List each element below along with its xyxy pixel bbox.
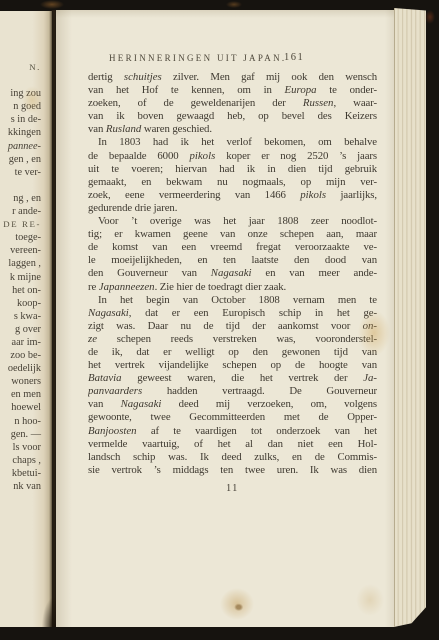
text-segment: . Zie hier de toedragt dier zaak. bbox=[155, 281, 287, 293]
text-line: de bepaalde 6000 pikols koper er nog 252… bbox=[88, 150, 377, 163]
text-segment: gemaakt, en bekwam nu nogmaals, op mijn … bbox=[88, 176, 377, 188]
text-segment: schepen reeds verstreken was, vooronders… bbox=[97, 333, 377, 345]
facing-text-fragment: gen. — bbox=[0, 428, 41, 441]
facing-text-fragment: N. bbox=[0, 61, 41, 74]
facing-page-fragments: N. ing zoun goeds in de-kkingenpannee-ge… bbox=[0, 61, 41, 493]
signature-mark: 11 bbox=[88, 483, 377, 494]
text-segment: zoek, eene vermeerdering van 1466 bbox=[88, 189, 300, 201]
italic-text: Europa bbox=[285, 84, 317, 96]
text-segment: , waar- bbox=[333, 97, 377, 109]
text-segment: tig; er kwamen geene van onze schepen aa… bbox=[88, 228, 377, 240]
stain bbox=[40, 0, 64, 9]
facing-text-fragment: k mijne bbox=[0, 271, 41, 284]
text-line: re Japanneezen. Zie hier de toedragt die… bbox=[88, 281, 377, 294]
text-line: landsch schip was. Ik deed zulks, en de … bbox=[88, 451, 377, 464]
text-line: In het begin van October 1808 vernam men… bbox=[88, 294, 377, 307]
text-line: gewoonte, twee Gecommitteerden met de Op… bbox=[88, 411, 377, 424]
text-line: ze schepen reeds verstreken was, voorond… bbox=[88, 333, 377, 346]
text-segment: uit te voeren; hiervan had ik in dien ti… bbox=[88, 163, 377, 175]
text-line: de komst van een vreemd fregat veroorzaa… bbox=[88, 241, 377, 254]
text-segment: van het Hof te kennen, om in bbox=[88, 84, 285, 96]
text-line: van Rusland waren geschied. bbox=[88, 123, 377, 136]
book-scan: N. ing zoun goeds in de-kkingenpannee-ge… bbox=[0, 0, 439, 640]
text-line: zoek, eene vermeerdering van 1466 pikols… bbox=[88, 189, 377, 202]
text-line: het vertrek vijandelijke schepen op de h… bbox=[88, 359, 377, 372]
facing-text-fragment: ng , en bbox=[0, 192, 41, 205]
facing-text-fragment: s kwa- bbox=[0, 310, 41, 323]
facing-text-fragment: hoewel bbox=[0, 401, 41, 414]
facing-text-fragment: gen , en bbox=[0, 153, 41, 166]
italic-text: Rusland bbox=[106, 123, 141, 135]
facing-text-fragment: koop- bbox=[0, 297, 41, 310]
facing-text-fragment: te ver- bbox=[0, 166, 41, 179]
text-segment: zilver. Men gaf mij ook den wensch bbox=[162, 71, 377, 83]
facing-text-fragment: r ande- bbox=[0, 205, 41, 218]
text-line: uit te voeren; hiervan had ik in dien ti… bbox=[88, 163, 377, 176]
facing-page-edge: N. ing zoun goeds in de-kkingenpannee-ge… bbox=[0, 11, 52, 627]
text-segment: le moeijelijkheden, en ten laatste den d… bbox=[88, 254, 377, 266]
facing-text-fragment: vereen- bbox=[0, 244, 41, 257]
text-line: gemaakt, en bekwam nu nogmaals, op mijn … bbox=[88, 176, 377, 189]
facing-text-fragment: ing zou bbox=[0, 87, 41, 100]
facing-text-fragment: n hoo- bbox=[0, 415, 41, 428]
facing-text-fragment: pannee- bbox=[0, 140, 41, 153]
text-line: zigt was. Daar nu de tijd der aankomst v… bbox=[88, 320, 377, 333]
italic-text: Nagasaki bbox=[88, 307, 129, 319]
text-line: tig; er kwamen geene van onze schepen aa… bbox=[88, 228, 377, 241]
italic-text: Batavia bbox=[88, 372, 122, 384]
italic-text: Nagasaki bbox=[121, 398, 162, 410]
text-segment: sie vertrok ’s middags ten twee uren. Ik… bbox=[88, 464, 377, 476]
italic-text: panvaarders bbox=[88, 385, 142, 397]
text-line: den Gouverneur van Nagasaki en van meer … bbox=[88, 267, 377, 280]
italic-text: Banjoosten bbox=[88, 425, 137, 437]
text-segment: landsch schip was. Ik deed zulks, en de … bbox=[88, 451, 377, 463]
text-line: van Nagasaki deed mij verzoeken, om, vol… bbox=[88, 398, 377, 411]
italic-text: ze bbox=[88, 333, 97, 345]
text-segment: af te vaardigen tot onderzoek van het bbox=[137, 425, 377, 437]
text-line: dertig schuitjes zilver. Men gaf mij ook… bbox=[88, 71, 377, 84]
text-segment: gedurende drie jaren. bbox=[88, 202, 177, 214]
text-segment: gewoonte, twee Gecommitteerden met de Op… bbox=[88, 411, 377, 423]
text-line: Nagasaki, dat er een Europisch schip in … bbox=[88, 307, 377, 320]
stain bbox=[226, 1, 242, 8]
text-segment: re bbox=[88, 281, 99, 293]
text-line: de ik, dat er welligt op den gewonen tij… bbox=[88, 346, 377, 359]
text-segment: van bbox=[88, 123, 106, 135]
text-segment: van bbox=[88, 398, 121, 410]
italic-text: pikols bbox=[189, 150, 215, 162]
facing-text-fragment: laggen , bbox=[0, 257, 41, 270]
text-line: van ik boven gewaagd heb, op bevel des K… bbox=[88, 110, 377, 123]
facing-text-fragment: woners bbox=[0, 375, 41, 388]
facing-text-fragment: het on- bbox=[0, 284, 41, 297]
facing-text-fragment: zoo be- bbox=[0, 349, 41, 362]
text-segment: de bepaalde 6000 bbox=[88, 150, 189, 162]
italic-text: Russen bbox=[303, 97, 334, 109]
facing-text-fragment: kbetui- bbox=[0, 467, 41, 480]
text-line: vermelde vaartuig, of het al dan niet ee… bbox=[88, 438, 377, 451]
facing-text-fragment: aar im- bbox=[0, 336, 41, 349]
italic-text: Japanneezen bbox=[99, 281, 155, 293]
header-page-number: 161 bbox=[284, 52, 304, 63]
text-segment: Voor ’t overige was het jaar 1808 zeer n… bbox=[98, 215, 377, 227]
text-segment: dertig bbox=[88, 71, 124, 83]
stain bbox=[425, 10, 435, 24]
text-segment: koper er nog 2520 ’s jaars bbox=[215, 150, 377, 162]
page: HERINNERINGEN UIT JAPAN. 161 dertig schu… bbox=[56, 10, 395, 627]
text-line: le moeijelijkheden, en ten laatste den d… bbox=[88, 254, 377, 267]
text-segment: hadden vertraagd. De Gouverneur bbox=[142, 385, 377, 397]
text-line: panvaarders hadden vertraagd. De Gouvern… bbox=[88, 385, 377, 398]
italic-text: schuitjes bbox=[124, 71, 162, 83]
text-segment: van ik boven gewaagd heb, op bevel des K… bbox=[88, 110, 377, 122]
facing-text-fragment: chaps , bbox=[0, 454, 41, 467]
text-segment: jaarlijks, bbox=[326, 189, 377, 201]
text-line: Banjoosten af te vaardigen tot onderzoek… bbox=[88, 425, 377, 438]
facing-text-fragment: en men bbox=[0, 388, 41, 401]
facing-text-fragment: kkingen bbox=[0, 126, 41, 139]
text-segment: zoeken, of de geweldenarijen der bbox=[88, 97, 303, 109]
text-segment: de ik, dat er welligt op den gewonen tij… bbox=[88, 346, 377, 358]
text-segment: zigt was. Daar nu de tijd der aankomst v… bbox=[88, 320, 363, 332]
facing-text-fragment bbox=[0, 179, 41, 192]
text-segment: de komst van een vreemd fregat veroorzaa… bbox=[88, 241, 377, 253]
text-line: zoeken, of de geweldenarijen der Russen,… bbox=[88, 97, 377, 110]
text-segment: vermelde vaartuig, of het al dan niet ee… bbox=[88, 438, 377, 450]
facing-text-fragment: toege- bbox=[0, 231, 41, 244]
text-segment: te onder- bbox=[317, 84, 377, 96]
text-line: van het Hof te kennen, om in Europa te o… bbox=[88, 84, 377, 97]
italic-text: pikols bbox=[300, 189, 326, 201]
text-segment: , dat er een Europisch schip in het ge- bbox=[129, 307, 377, 319]
facing-text-fragment: ls voor bbox=[0, 441, 41, 454]
body-text: dertig schuitjes zilver. Men gaf mij ook… bbox=[88, 71, 377, 477]
facing-text-fragment: oedelijk bbox=[0, 362, 41, 375]
text-segment: het vertrek vijandelijke schepen op de h… bbox=[88, 359, 377, 371]
text-segment: waren geschied. bbox=[141, 123, 212, 135]
facing-text-fragment: g over bbox=[0, 323, 41, 336]
text-line: Batavia geweest waren, die het vertrek d… bbox=[88, 372, 377, 385]
text-segment: geweest waren, die het vertrek der bbox=[122, 372, 364, 384]
text-line: In 1803 had ik het verlof bekomen, om be… bbox=[88, 136, 377, 149]
facing-text-fragment: nk van bbox=[0, 480, 41, 493]
page-edges-stack bbox=[394, 8, 426, 627]
text-line: sie vertrok ’s middags ten twee uren. Ik… bbox=[88, 464, 377, 477]
header-title: HERINNERINGEN UIT JAPAN. bbox=[109, 53, 286, 63]
italic-text: Nagasaki bbox=[211, 267, 252, 279]
facing-text-fragment: n goed bbox=[0, 100, 41, 113]
text-segment: In 1803 had ik het verlof bekomen, om be… bbox=[98, 136, 377, 148]
text-segment: deed mij verzoeken, om, volgens bbox=[161, 398, 377, 410]
text-segment: en van meer ande- bbox=[252, 267, 377, 279]
italic-text: Ja- bbox=[363, 372, 377, 384]
running-header: HERINNERINGEN UIT JAPAN. 161 bbox=[56, 53, 395, 67]
text-line: Voor ’t overige was het jaar 1808 zeer n… bbox=[88, 215, 377, 228]
italic-text: on- bbox=[363, 320, 377, 332]
facing-text-fragment bbox=[0, 74, 41, 87]
text-segment: den Gouverneur van bbox=[88, 267, 211, 279]
facing-text-fragment: DE RE- bbox=[0, 218, 41, 231]
text-segment: In het begin van October 1808 vernam men… bbox=[98, 294, 377, 306]
text-line: gedurende drie jaren. bbox=[88, 202, 377, 215]
facing-text-fragment: s in de- bbox=[0, 113, 41, 126]
